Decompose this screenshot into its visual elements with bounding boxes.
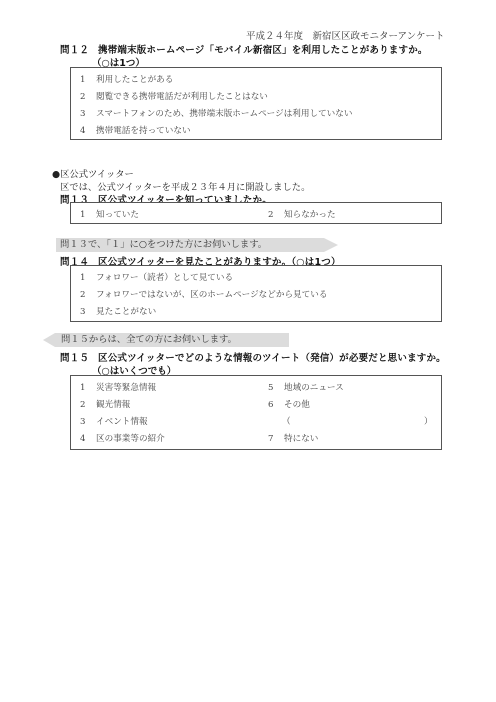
q15-option-7[interactable]: 7特にない <box>268 432 318 444</box>
q13-option-2[interactable]: 2知らなかった <box>268 208 336 220</box>
q15-option-2[interactable]: 2観光情報 <box>80 398 130 410</box>
q12-option-2[interactable]: 2閲覧できる携帯電話だが利用したことはない <box>80 90 268 102</box>
q14-option-1[interactable]: 1フォロワー（読者）として見ている <box>80 271 233 283</box>
q15-other-close-paren: ） <box>424 415 433 427</box>
q12-option-3[interactable]: 3スマートフォンのため、携帯端末版ホームページは利用していない <box>80 107 352 119</box>
q14-option-2[interactable]: 2フォロワーではないが、区のホームページなどから見ている <box>80 288 327 300</box>
question-12: 問１２携帯端末版ホームページ「モバイル新宿区」を利用したことがありますか。 <box>60 42 428 56</box>
q15-option-4[interactable]: 4区の事業等の紹介 <box>80 432 165 444</box>
q13-option-1[interactable]: 1知っていた <box>80 208 139 220</box>
filter-banner-q13: 問１３で、「１」に○をつけた方にお伺いします。 <box>56 238 338 252</box>
q15-option-5[interactable]: 5地域のニュース <box>268 381 344 393</box>
q15-option-6[interactable]: 6その他 <box>268 398 310 410</box>
question-text: 携帯端末版ホームページ「モバイル新宿区」を利用したことがありますか。 <box>98 45 428 56</box>
question-number: 問１５ <box>60 350 98 364</box>
question-number: 問１２ <box>60 42 98 56</box>
q15-option-1[interactable]: 1災害等緊急情報 <box>80 381 156 393</box>
q14-option-3[interactable]: 3見たことがない <box>80 305 156 317</box>
q12-option-4[interactable]: 4携帯電話を持っていない <box>80 124 191 136</box>
question-15: 問１５区公式ツイッターでどのような情報のツイート（発信）が必要だと思いますか。 <box>60 350 446 364</box>
section-heading: ●区公式ツイッター <box>52 166 134 180</box>
section-intro: 区では、公式ツイッターを平成２３年４月に開設しました。 <box>60 179 310 193</box>
q15-option-3[interactable]: 3イベント情報 <box>80 415 148 427</box>
q12-option-1[interactable]: 1利用したことがある <box>80 73 173 85</box>
survey-header-title: 平成２４年度 新宿区区政モニターアンケート <box>246 28 444 42</box>
filter-banner-q15: 問１５からは、全ての方にお伺いします。 <box>43 333 289 347</box>
q15-other-open-paren[interactable]: （ <box>282 415 291 427</box>
